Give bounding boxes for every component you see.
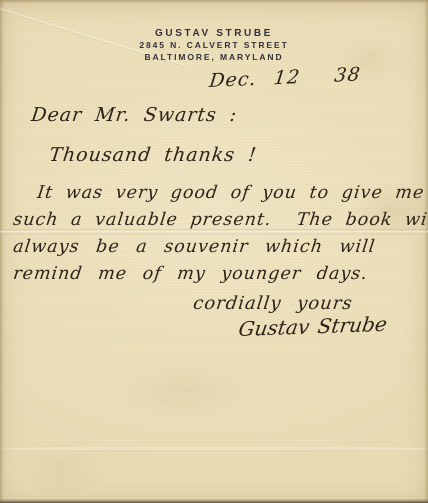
letterhead: GUSTAV STRUBE 2845 N. CALVERT STREET BAL… (0, 27, 428, 63)
letterhead-name: GUSTAV STRUBE (0, 27, 428, 40)
body-line-4: remind me of my younger days. (12, 264, 369, 284)
letterhead-address-line2: BALTIMORE, MARYLAND (0, 52, 428, 64)
opening-line: Thousand thanks ! (48, 144, 258, 166)
body-line-2: such a valuable present. The book will (12, 210, 428, 230)
letterhead-address-line1: 2845 N. CALVERT STREET (0, 40, 428, 52)
body-line-3: always be a souvenir which will (12, 237, 377, 257)
paper-bottom-edge-shadow (0, 499, 428, 503)
salutation: Dear Mr. Swarts : (30, 104, 239, 126)
scanned-letter: GUSTAV STRUBE 2845 N. CALVERT STREET BAL… (0, 0, 428, 503)
body-line-1: It was very good of you to give me (36, 183, 426, 203)
closing: cordially yours (192, 293, 354, 314)
